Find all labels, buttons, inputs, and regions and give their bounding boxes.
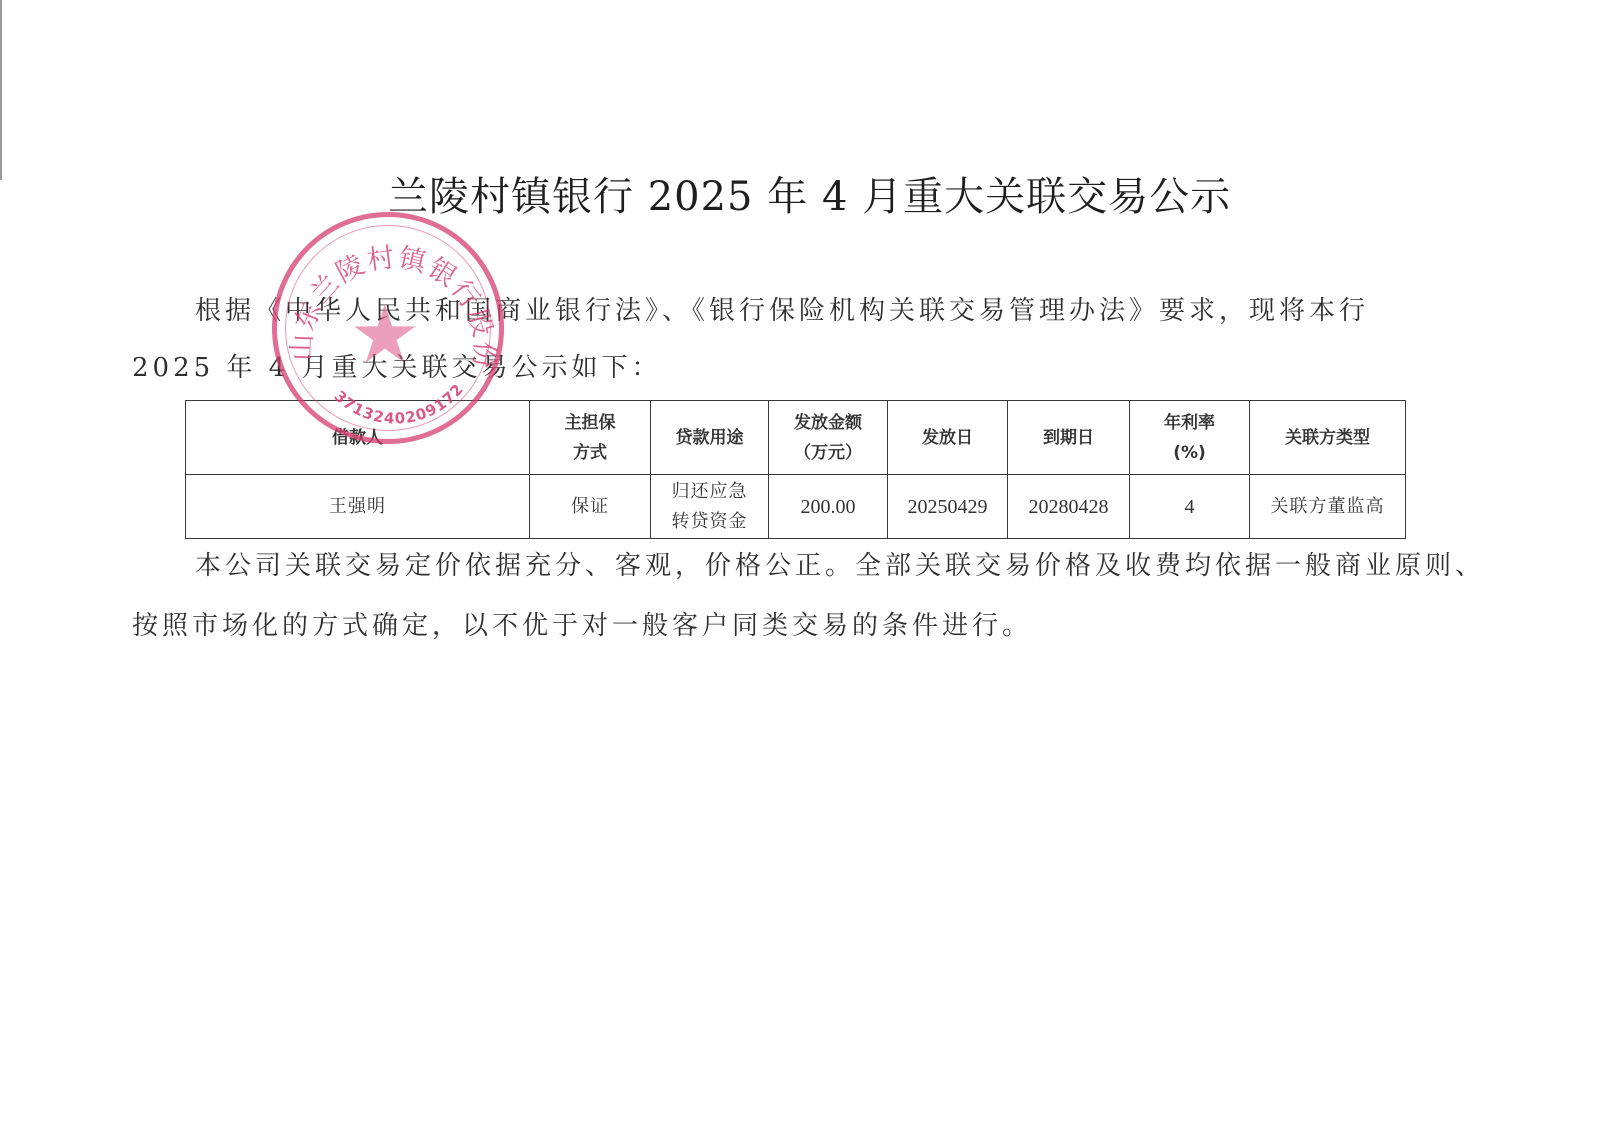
- cell-borrower: 王强明: [186, 475, 530, 539]
- cell-amount: 200.00: [769, 475, 888, 539]
- cell-maturity-date: 20280428: [1008, 475, 1130, 539]
- related-transaction-table: 借款人 主担保 方式 贷款用途 发放金额 （万元） 发放日 到期日 年利率 (%…: [185, 400, 1406, 539]
- header-rate-line-2: (%): [1134, 438, 1245, 468]
- cell-rate: 4: [1130, 475, 1250, 539]
- cell-guarantee: 保证: [530, 475, 651, 539]
- table-row: 王强明 保证 归还应急 转贷资金 200.00 20250429 2028042…: [186, 475, 1406, 539]
- cell-purpose-line-1: 归还应急: [655, 477, 764, 507]
- header-guarantee-line-1: 主担保: [534, 408, 646, 438]
- table-header-row: 借款人 主担保 方式 贷款用途 发放金额 （万元） 发放日 到期日 年利率 (%…: [186, 401, 1406, 475]
- scan-edge: [0, 0, 2, 180]
- header-borrower: 借款人: [186, 401, 530, 475]
- closing-paragraph-line-1: 本公司关联交易定价依据充分、客观，价格公正。全部关联交易价格及收费均依据一般商业…: [195, 545, 1485, 582]
- document-title: 兰陵村镇银行 2025 年 4 月重大关联交易公示: [388, 165, 1218, 222]
- intro-paragraph-line-2: 2025 年 4 月重大关联交易公示如下：: [132, 347, 662, 384]
- intro-paragraph-line-1: 根据《中华人民共和国商业银行法》、《银行保险机构关联交易管理办法》要求，现将本行: [195, 290, 1369, 327]
- header-party-type: 关联方类型: [1250, 401, 1406, 475]
- header-amount: 发放金额 （万元）: [769, 401, 888, 475]
- header-guarantee: 主担保 方式: [530, 401, 651, 475]
- header-guarantee-line-2: 方式: [534, 438, 646, 468]
- cell-issue-date: 20250429: [888, 475, 1008, 539]
- header-purpose: 贷款用途: [651, 401, 769, 475]
- header-rate-line-1: 年利率: [1134, 408, 1245, 438]
- closing-paragraph-line-2: 按照市场化的方式确定，以不优于对一般客户同类交易的条件进行。: [132, 605, 1032, 642]
- header-maturity-date: 到期日: [1008, 401, 1130, 475]
- cell-purpose-line-2: 转贷资金: [655, 507, 764, 537]
- header-amount-line-2: （万元）: [773, 438, 883, 468]
- cell-party-type: 关联方董监高: [1250, 475, 1406, 539]
- header-amount-line-1: 发放金额: [773, 408, 883, 438]
- cell-purpose: 归还应急 转贷资金: [651, 475, 769, 539]
- header-rate: 年利率 (%): [1130, 401, 1250, 475]
- header-issue-date: 发放日: [888, 401, 1008, 475]
